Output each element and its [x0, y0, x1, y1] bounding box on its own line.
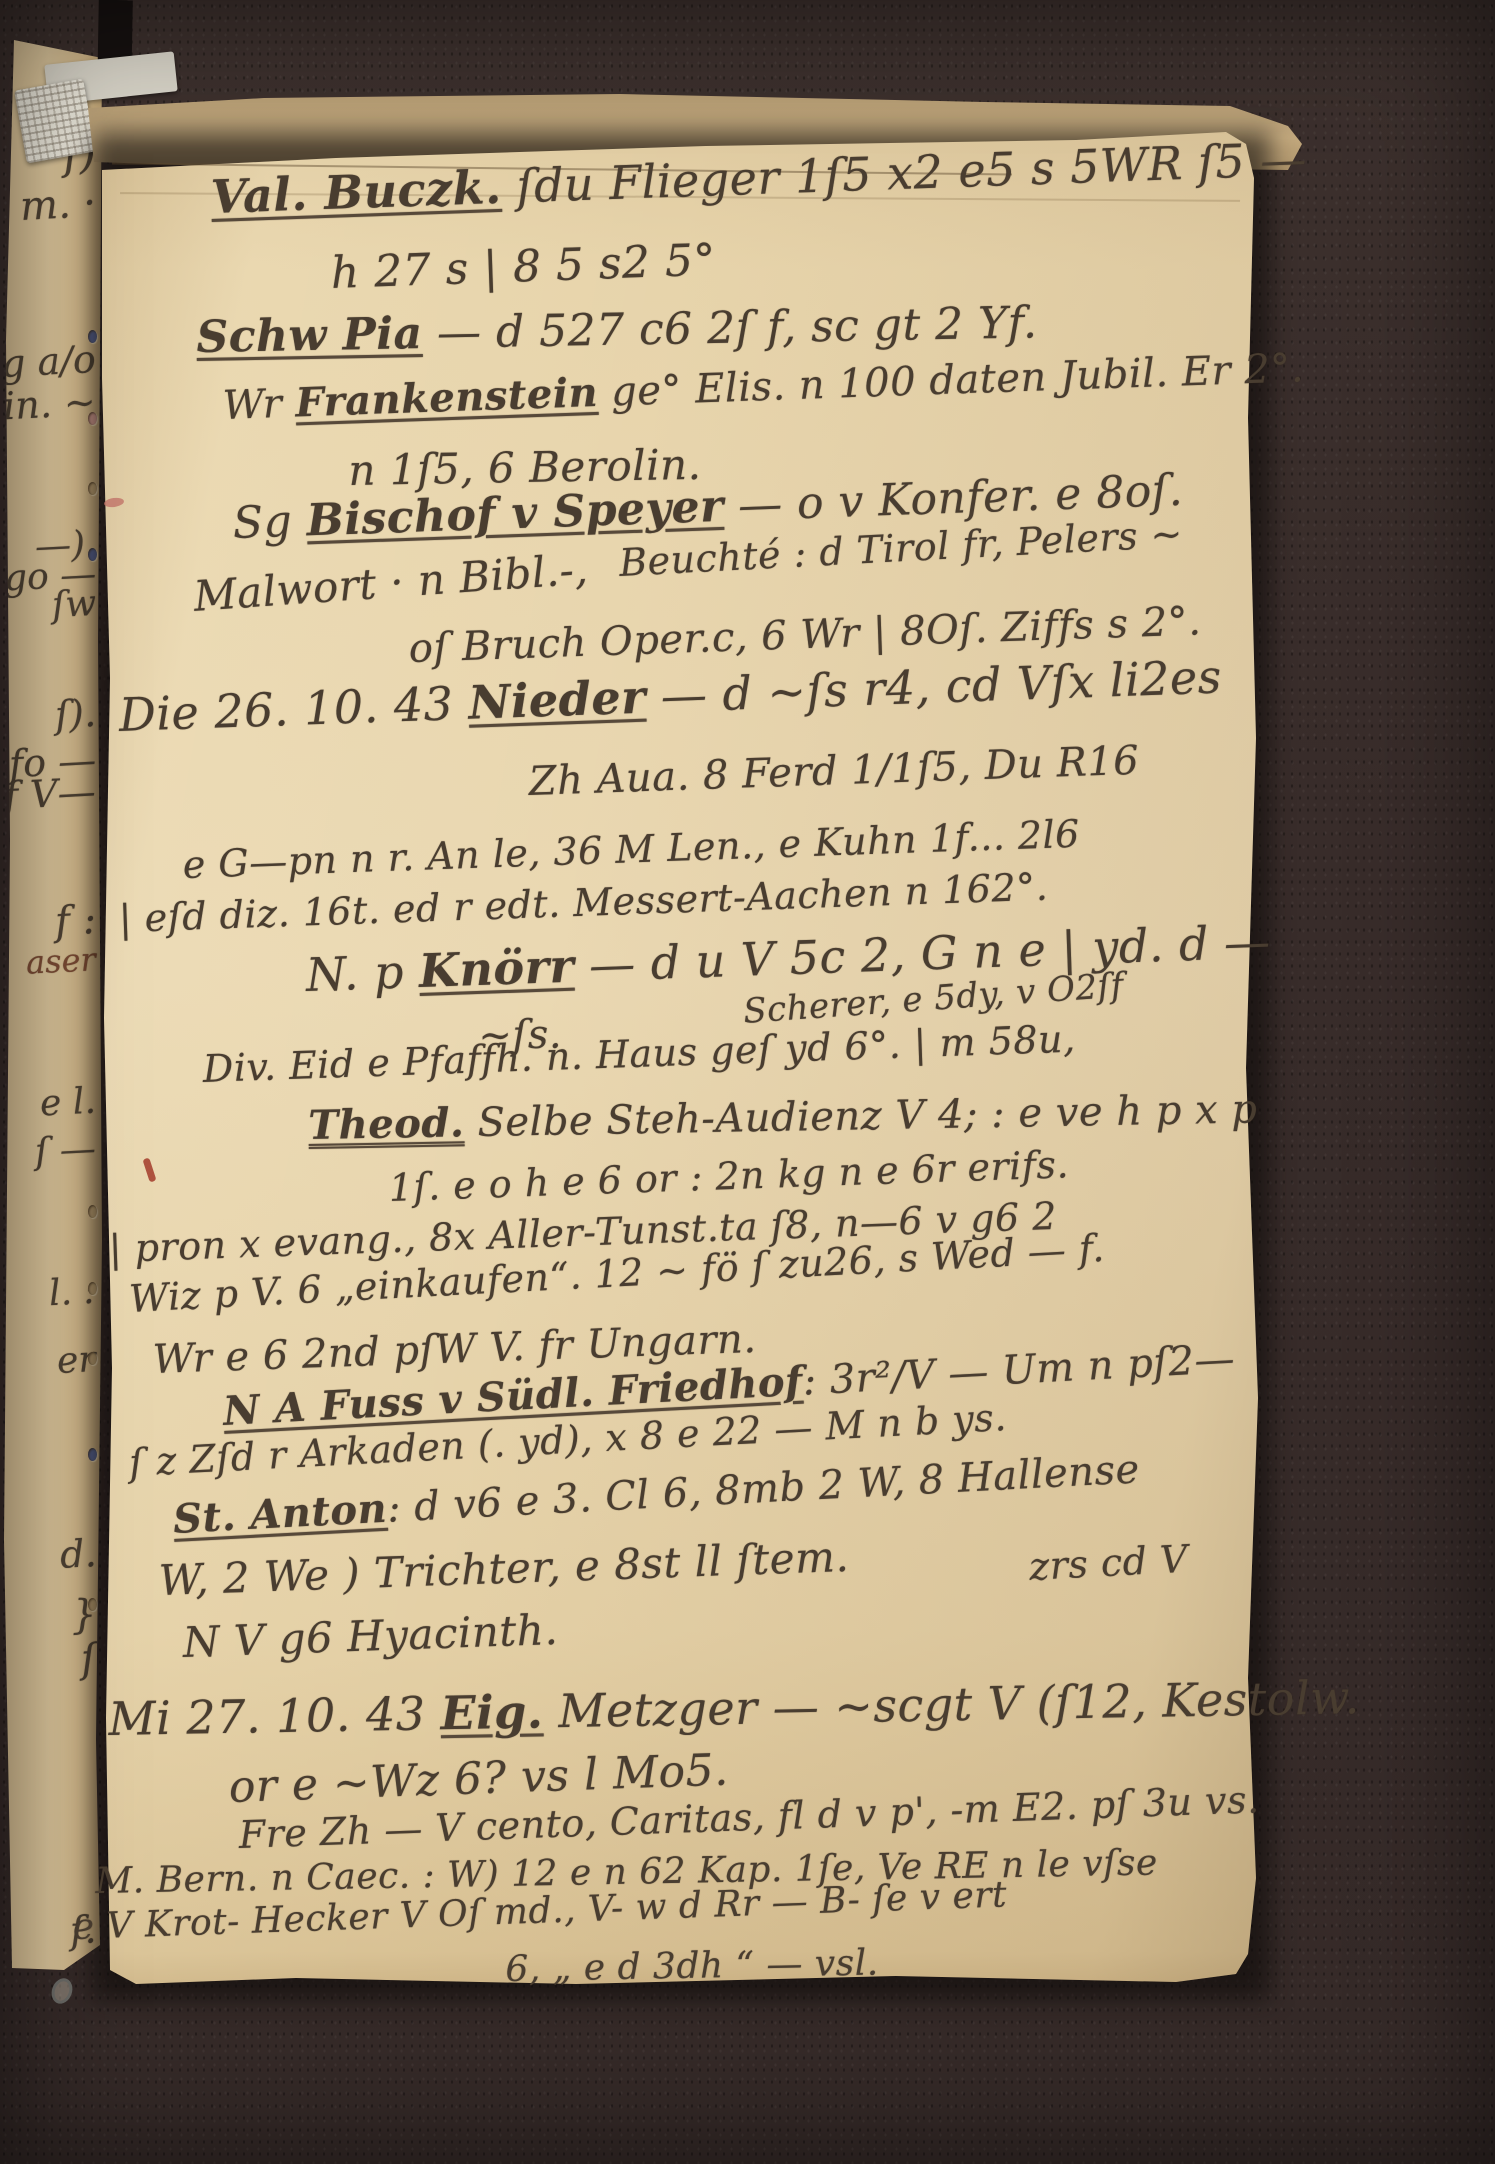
margin-fragment: e l. — [39, 1081, 97, 1125]
underlined-name: Nieder — [467, 670, 646, 730]
underlined-name: Theod. — [308, 1099, 465, 1149]
binding-thread-loop — [48, 1975, 76, 2006]
line-text: Wr — [222, 380, 296, 429]
underlined-name: Knörr — [418, 939, 575, 998]
notebook-photo: ſ) m. · zg a/o in. ~ —). go — ſw ſ). fo … — [0, 0, 1495, 2164]
line-text: zrs cd V — [1028, 1537, 1189, 1589]
underlined-name: Val. Buczk. — [210, 160, 502, 224]
line-text: 6, „ e d 3dh “ — vsl. — [505, 1942, 879, 1990]
margin-fragment: f : — [54, 897, 97, 945]
margin-fragment: ſf V— — [0, 769, 97, 818]
left-page-sliver: ſ) m. · zg a/o in. ~ —). go — ſw ſ). fo … — [4, 40, 102, 1985]
line-text: — d 527 c6 2ſ f, sc gt 2 Yf. — [422, 297, 1038, 359]
underlined-name: Eig. — [440, 1684, 544, 1740]
binding-gauze — [14, 78, 96, 163]
margin-fragment: ſ — — [34, 1128, 97, 1172]
margin-fragment: ſw — [51, 583, 97, 626]
margin-fragment: m. · — [19, 180, 97, 230]
underlined-name: Schw Pia — [196, 308, 423, 363]
line-text: Mi 27. 10. 43 — [108, 1686, 441, 1746]
margin-fragment: aser — [25, 940, 97, 982]
handwriting-line: zrs cd V — [1028, 1536, 1189, 1589]
margin-fragment: ſ). — [54, 691, 97, 737]
handwriting-line: 6, „ e d 3dh “ — vsl. — [505, 1941, 879, 1990]
line-text: Sg — [232, 495, 308, 549]
margin-fragment: in. ~ — [2, 380, 97, 429]
line-text: N. p — [305, 944, 420, 1002]
